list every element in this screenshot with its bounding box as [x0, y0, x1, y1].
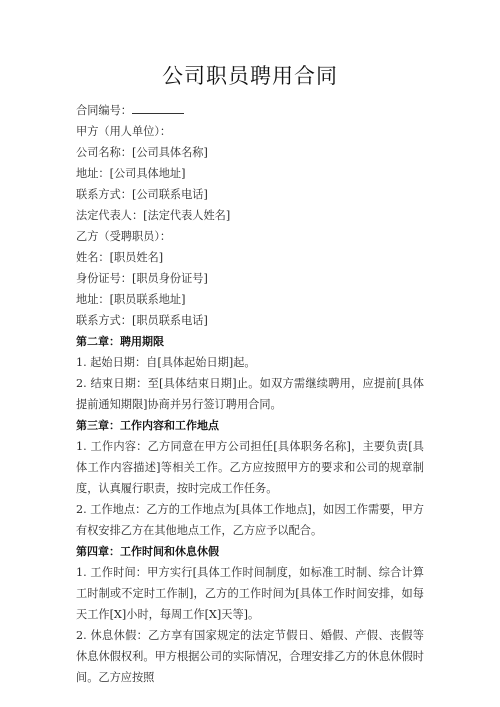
chapter-2-item-2: 2. 结束日期：至[具体结束日期]止。如双方需继续聘用，应提前[具体提前通知期限… [76, 373, 424, 415]
contract-number-blank [132, 102, 184, 114]
chapter-3-heading: 第三章：工作内容和工作地点 [76, 415, 424, 436]
field-label: 联系方式： [76, 188, 132, 201]
employee-address-field: 地址：[职员联系地址] [76, 289, 424, 310]
document-title: 公司职员聘用合同 [76, 60, 424, 90]
company-address-field: 地址：[公司具体地址] [76, 163, 424, 184]
company-contact-field: 联系方式：[公司联系电话] [76, 184, 424, 205]
field-label: 法定代表人： [76, 209, 143, 222]
contract-number-field: 合同编号： [76, 100, 424, 121]
chapter-4-item-1: 1. 工作时间：甲方实行[具体工作时间制度，如标准工时制、综合计算工时制或不定时… [76, 562, 424, 625]
party-a-heading: 甲方（用人单位）： [76, 121, 424, 142]
field-label: 姓名： [76, 251, 110, 264]
field-label: 身份证号： [76, 272, 132, 285]
chapter-3-item-2: 2. 工作地点：乙方的工作地点为[具体工作地点]，如因工作需要，甲方有权安排乙方… [76, 499, 424, 541]
field-label: 地址： [76, 167, 110, 180]
employee-name-field: 姓名：[职员姓名] [76, 247, 424, 268]
chapter-4-heading: 第四章：工作时间和休息休假 [76, 541, 424, 562]
employee-contact-field: 联系方式：[职员联系电话] [76, 310, 424, 331]
field-label: 地址： [76, 293, 110, 306]
chapter-2-item-1: 1. 起始日期：自[具体起始日期]起。 [76, 352, 424, 373]
field-value: [公司具体名称] [132, 146, 208, 159]
field-value: [职员姓名] [110, 251, 163, 264]
field-value: [公司具体地址] [110, 167, 186, 180]
field-label: 公司名称： [76, 146, 132, 159]
field-label: 合同编号： [76, 104, 132, 117]
document-body: 合同编号： 甲方（用人单位）： 公司名称：[公司具体名称] 地址：[公司具体地址… [76, 100, 424, 688]
field-value: [职员联系电话] [132, 314, 208, 327]
field-value: [职员身份证号] [132, 272, 208, 285]
chapter-4-item-2: 2. 休息休假：乙方享有国家规定的法定节假日、婚假、产假、丧假等休息休假权利。甲… [76, 625, 424, 688]
field-value: [公司联系电话] [132, 188, 208, 201]
legal-representative-field: 法定代表人：[法定代表人姓名] [76, 205, 424, 226]
party-b-heading: 乙方（受聘职员）： [76, 226, 424, 247]
company-name-field: 公司名称：[公司具体名称] [76, 142, 424, 163]
field-value: [法定代表人姓名] [143, 209, 230, 222]
chapter-3-item-1: 1. 工作内容：乙方同意在甲方公司担任[具体职务名称]，主要负责[具体工作内容描… [76, 436, 424, 499]
chapter-2-heading: 第二章：聘用期限 [76, 331, 424, 352]
field-label: 甲方（用人单位）： [76, 125, 171, 138]
employee-id-field: 身份证号：[职员身份证号] [76, 268, 424, 289]
field-value: [职员联系地址] [110, 293, 186, 306]
field-label: 乙方（受聘职员）： [76, 230, 171, 243]
field-label: 联系方式： [76, 314, 132, 327]
